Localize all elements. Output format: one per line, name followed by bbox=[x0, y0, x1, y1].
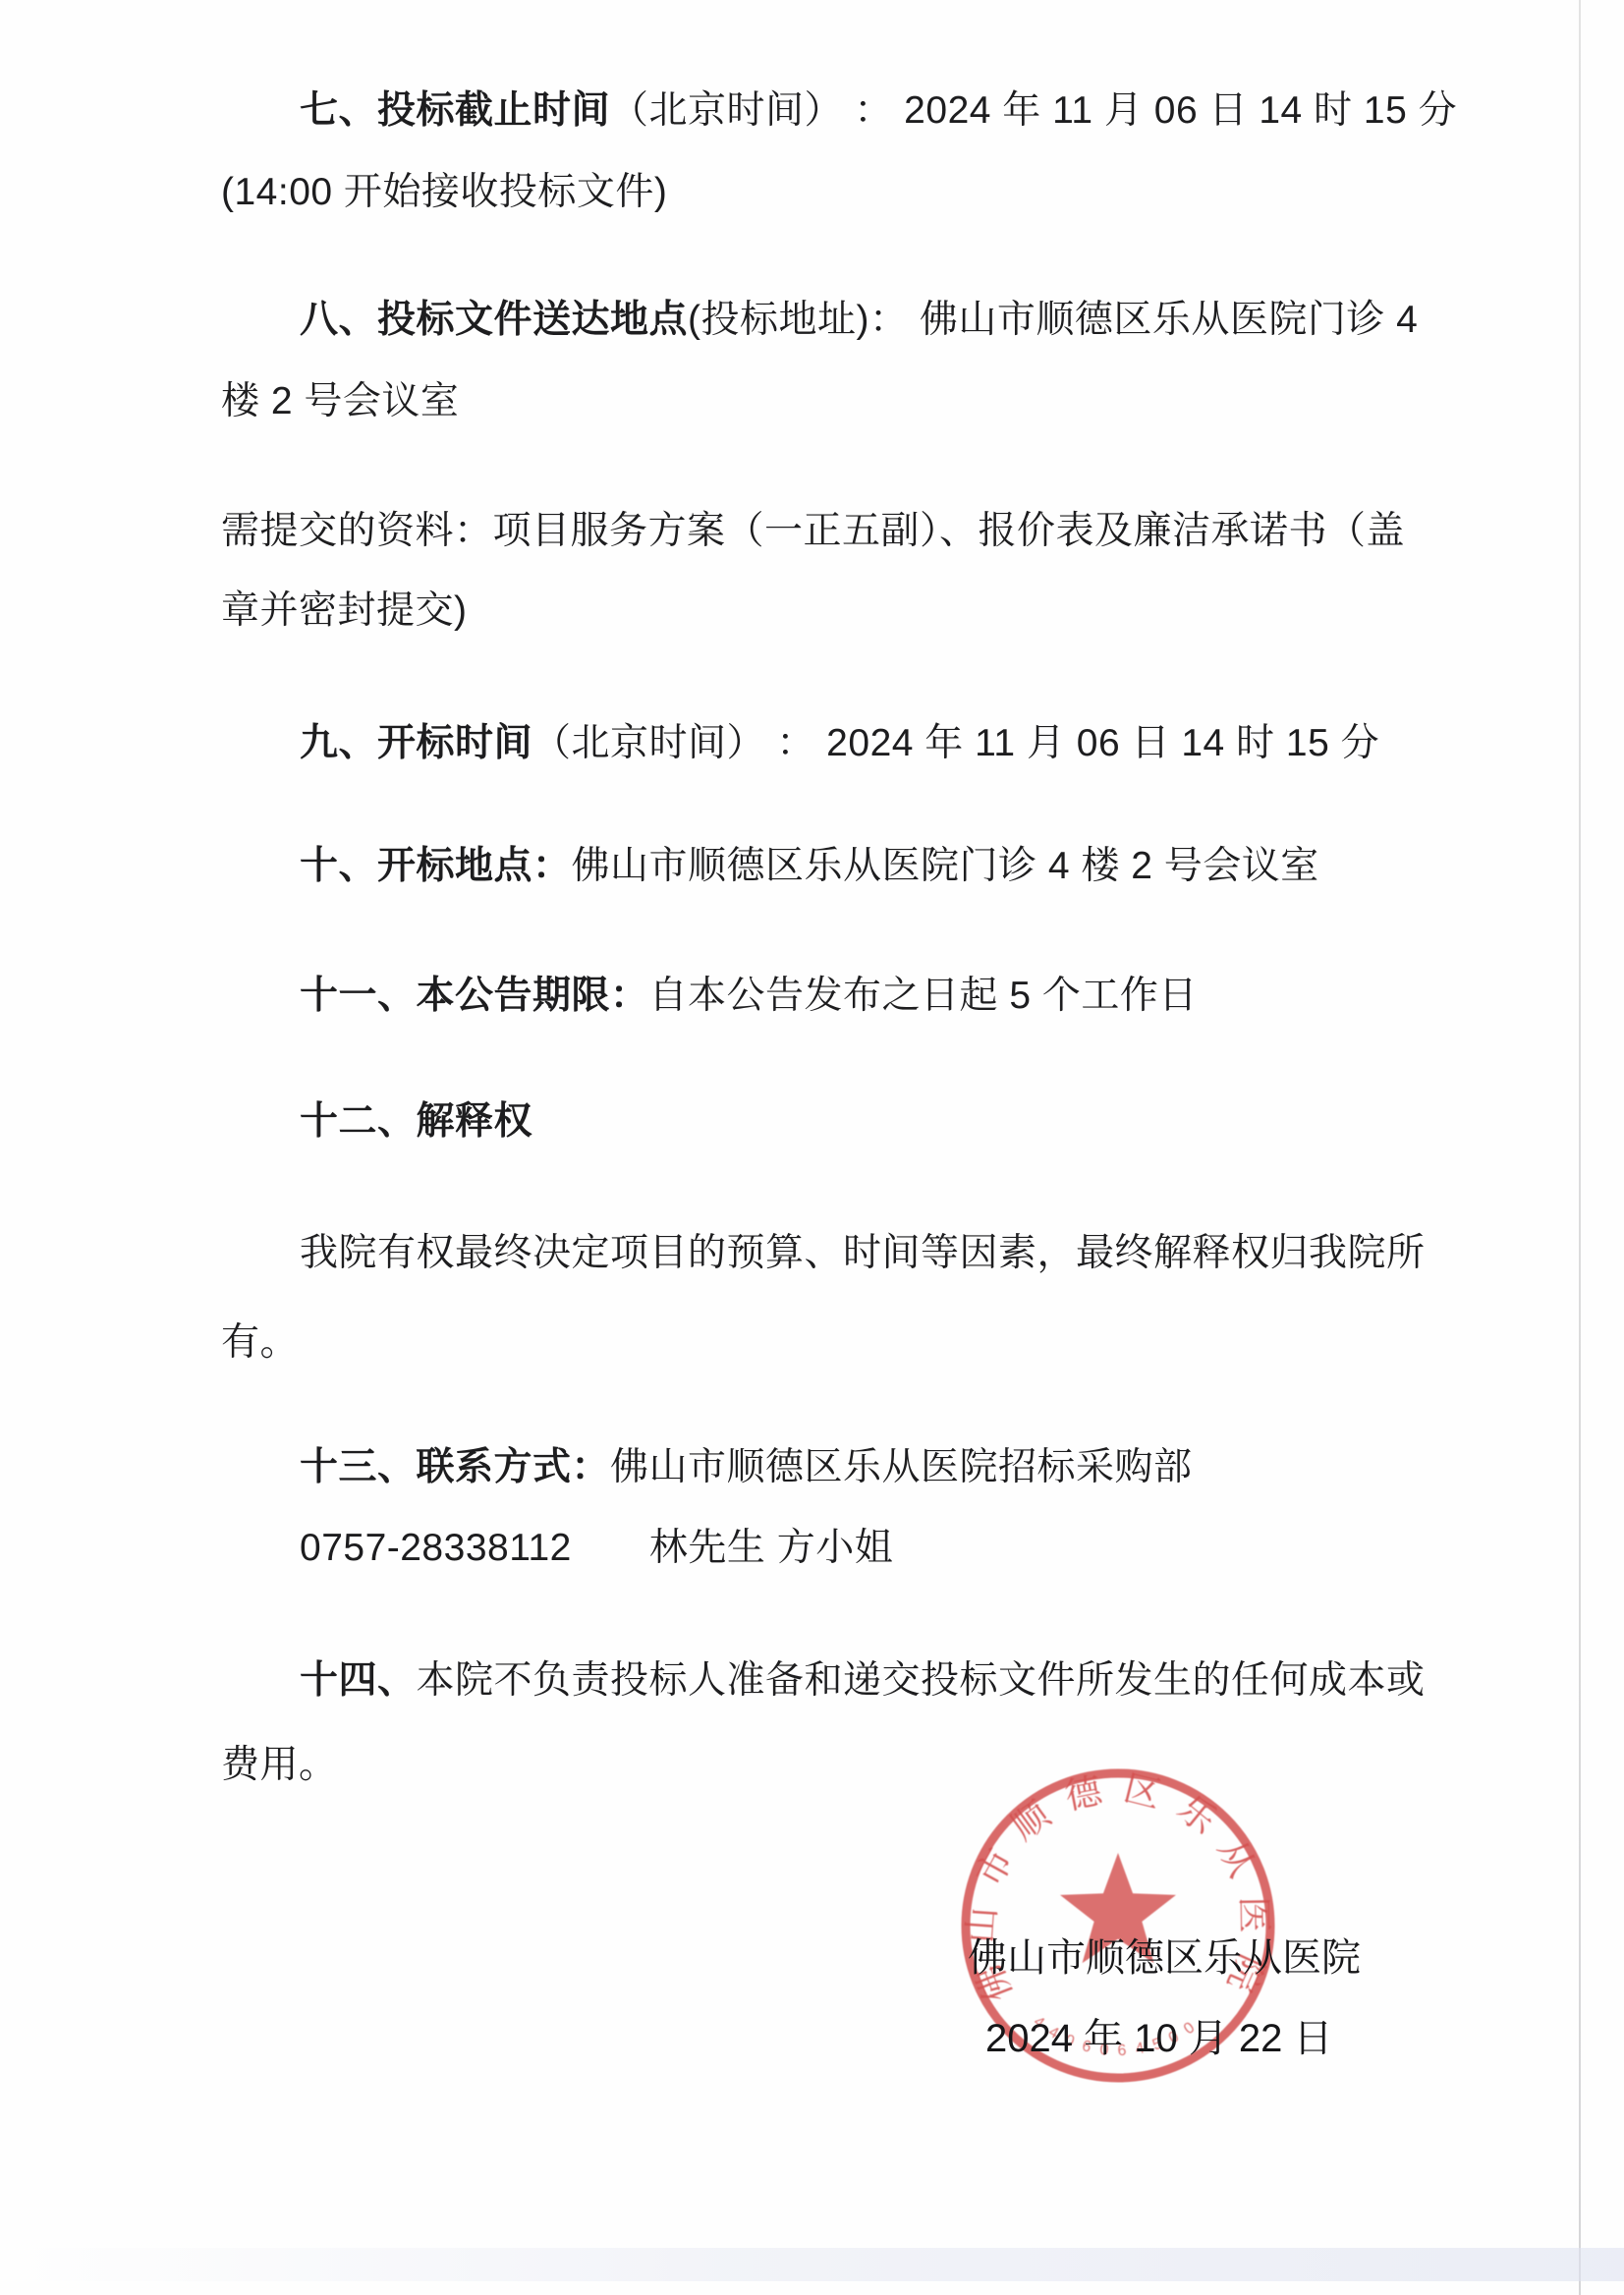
section-8-body: (投标地址)： 佛山市顺德区乐从医院门诊 4 bbox=[688, 299, 1418, 341]
materials-line-2: 章并密封提交) bbox=[221, 584, 468, 639]
section-12-heading-line: 十二、解释权 bbox=[300, 1094, 532, 1149]
section-14-heading: 十四、 bbox=[300, 1659, 417, 1702]
section-13-body: 佛山市顺德区乐从医院招标采购部 bbox=[610, 1446, 1193, 1488]
section-10-heading: 十、开标地点： bbox=[300, 845, 572, 887]
section-8-line-2: 楼 2 号会议室 bbox=[221, 374, 459, 429]
section-14-body: 本院不负责投标人准备和递交投标文件所发生的任何成本或 bbox=[417, 1659, 1426, 1702]
section-11-body: 自本公告发布之日起 5 个工作日 bbox=[649, 975, 1198, 1017]
section-7-line-2: (14:00 开始接收投标文件) bbox=[221, 165, 667, 220]
section-7-line-1: 七、投标截止时间（北京时间） ： 2024 年 11 月 06 日 14 时 1… bbox=[300, 84, 1457, 139]
section-13-phone-line: 0757-28338112 林先生 方小姐 bbox=[300, 1521, 893, 1576]
section-9-heading: 九、开标时间 bbox=[300, 722, 532, 764]
section-14-line-2: 费用。 bbox=[221, 1738, 338, 1793]
section-10-body: 佛山市顺德区乐从医院门诊 4 楼 2 号会议室 bbox=[572, 845, 1319, 887]
document-page: 七、投标截止时间（北京时间） ： 2024 年 11 月 06 日 14 时 1… bbox=[0, 0, 1624, 2295]
page-edge-line bbox=[1579, 0, 1581, 2295]
section-9-line: 九、开标时间（北京时间） ： 2024 年 11 月 06 日 14 时 15 … bbox=[300, 716, 1379, 771]
section-11-line: 十一、本公告期限：自本公告发布之日起 5 个工作日 bbox=[300, 969, 1198, 1024]
section-10-line: 十、开标地点：佛山市顺德区乐从医院门诊 4 楼 2 号会议室 bbox=[300, 839, 1319, 894]
scan-artifact-band bbox=[0, 2248, 1624, 2281]
section-12-body-line-2: 有。 bbox=[221, 1315, 299, 1371]
section-7-body: （北京时间） ： 2024 年 11 月 06 日 14 时 15 分 bbox=[610, 89, 1457, 132]
section-13-line-1: 十三、联系方式：佛山市顺德区乐从医院招标采购部 bbox=[300, 1440, 1193, 1495]
section-11-heading: 十一、本公告期限： bbox=[300, 975, 649, 1017]
section-13-heading: 十三、联系方式： bbox=[300, 1446, 610, 1488]
section-12-body-line-1: 我院有权最终决定项目的预算、时间等因素，最终解释权归我院所 bbox=[300, 1226, 1426, 1281]
signature-date: 2024 年 10 月 22 日 bbox=[985, 2011, 1333, 2066]
section-9-body: （北京时间） ： 2024 年 11 月 06 日 14 时 15 分 bbox=[532, 722, 1379, 764]
section-8-line-1: 八、投标文件送达地点(投标地址)： 佛山市顺德区乐从医院门诊 4 bbox=[300, 293, 1418, 348]
materials-line-1: 需提交的资料：项目服务方案（一正五副）、报价表及廉洁承诺书（盖 bbox=[221, 504, 1405, 559]
section-14-line-1: 十四、本院不负责投标人准备和递交投标文件所发生的任何成本或 bbox=[300, 1653, 1426, 1708]
section-12-heading: 十二、解释权 bbox=[300, 1100, 532, 1143]
section-7-heading: 七、投标截止时间 bbox=[300, 89, 610, 132]
signature-organization: 佛山市顺德区乐从医院 bbox=[968, 1931, 1361, 1986]
section-8-heading: 八、投标文件送达地点 bbox=[300, 299, 688, 341]
